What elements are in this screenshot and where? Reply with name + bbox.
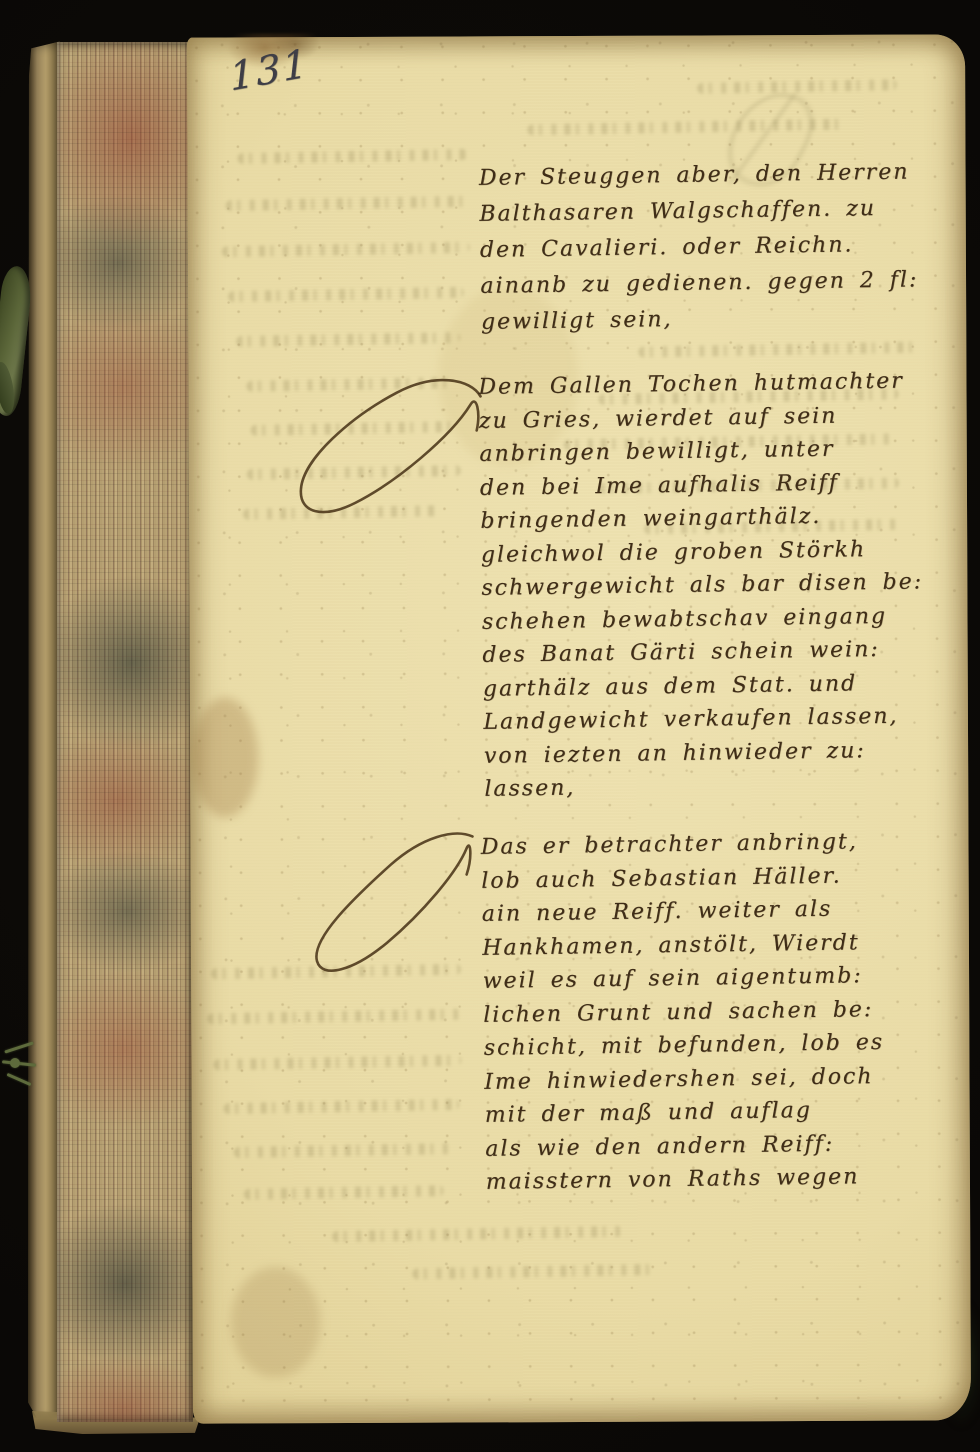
paper-stain xyxy=(230,1267,320,1377)
manuscript-line: mit der maß und auflag xyxy=(485,1092,955,1132)
manuscript-photo: 131 Der Steuggen aber, den HerrenBalthas… xyxy=(0,0,980,1452)
show-through-text xyxy=(207,1009,461,1025)
manuscript-line: anbringen bewilligt, unter xyxy=(479,431,949,471)
show-through-text xyxy=(247,465,461,480)
book-cover-edge xyxy=(28,40,60,1430)
paragraph-2: Dem Gallen Tochen hutmachterzu Gries, wi… xyxy=(478,364,954,806)
manuscript-line: garthälz aus dem Stat. und xyxy=(483,665,953,705)
manuscript-line: Das er betrachter anbringt, xyxy=(481,824,951,864)
show-through-text xyxy=(598,389,898,405)
manuscript-line: Der Steuggen aber, den Herren xyxy=(479,154,949,197)
initial-flourish xyxy=(294,822,485,983)
manuscript-line: von iezten an hinwieder zu: xyxy=(484,732,954,772)
show-through-text xyxy=(412,1264,652,1279)
manuscript-line: lassen, xyxy=(484,766,954,806)
show-through-text xyxy=(224,1099,460,1114)
show-through-text xyxy=(228,287,464,302)
manuscript-line: bringenden weingarthälz. xyxy=(480,498,950,538)
show-through-text xyxy=(644,519,899,535)
show-through-text xyxy=(527,119,847,136)
show-through-text xyxy=(234,1143,452,1158)
manuscript-line: ain neue Reiff. weiter als xyxy=(482,891,952,931)
show-through-text xyxy=(564,433,894,450)
show-through-text xyxy=(638,342,918,358)
show-through-text xyxy=(236,332,460,347)
paper-highlight xyxy=(438,286,579,467)
book-tie-ribbon xyxy=(0,265,34,417)
paper-stain xyxy=(192,697,259,817)
manuscript-line: Landgewicht verkaufen lassen, xyxy=(483,699,953,739)
manuscript-line: Balthasaren Walgschaffen. zu xyxy=(479,190,949,233)
tie-thread xyxy=(7,1073,32,1086)
show-through-text xyxy=(222,242,470,258)
manuscript-line: lob auch Sebastian Häller. xyxy=(481,857,951,897)
manuscript-line: zu Gries, wierdet auf sein xyxy=(479,397,949,437)
manuscript-page: 131 Der Steuggen aber, den HerrenBalthas… xyxy=(187,34,971,1423)
manuscript-line: den bei Ime aufhalis Reiff xyxy=(480,464,950,504)
manuscript-line: Ime hinwiedershen sei, doch xyxy=(484,1058,954,1098)
manuscript-line: des Banat Gärti schein wein: xyxy=(482,632,952,672)
manuscript-line: lichen Grunt und sachen be: xyxy=(483,991,953,1031)
manuscript-line: ainanb zu gedienen. gegen 2 fl: xyxy=(480,262,950,305)
show-through-text xyxy=(246,377,452,392)
show-through-text xyxy=(697,79,897,94)
folio-number: 131 xyxy=(228,44,310,97)
show-through-text xyxy=(332,1226,622,1242)
manuscript-line: maisstern von Raths wegen xyxy=(485,1159,955,1199)
show-through-text xyxy=(211,964,461,980)
paragraph-1: Der Steuggen aber, den HerrenBalthasaren… xyxy=(479,154,952,341)
manuscript-line: weil es auf sein aigentumb: xyxy=(483,958,953,998)
manuscript-line: schwergewicht als bar disen be: xyxy=(481,565,951,605)
initial-flourish xyxy=(284,366,495,537)
tie-knot xyxy=(10,1058,20,1068)
show-through-text xyxy=(237,149,467,164)
manuscript-line: gewilligt sein, xyxy=(481,298,951,341)
manuscript-line: als wie den andern Reiff: xyxy=(485,1125,955,1165)
show-through-initial xyxy=(710,87,828,192)
show-through-text xyxy=(243,505,439,520)
book-tie-frayed xyxy=(0,1038,40,1110)
top-edge-damage xyxy=(223,33,333,81)
tie-thread xyxy=(4,1041,33,1053)
show-through-text xyxy=(599,478,899,494)
show-through-text xyxy=(251,421,459,436)
manuscript-line: den Cavalieri. oder Reichn. xyxy=(480,226,950,269)
show-through-text xyxy=(244,1185,444,1200)
page-edge-stack xyxy=(57,42,193,1422)
manuscript-line: Hankhamen, anstölt, Wierdt xyxy=(482,924,952,964)
paragraph-3: Das er betrachter anbringt,lob auch Seba… xyxy=(481,824,956,1199)
manuscript-line: schehen bewabtschav eingang xyxy=(482,598,952,638)
manuscript-line: Dem Gallen Tochen hutmachter xyxy=(478,364,948,404)
manuscript-line: gleichwol die groben Störkh xyxy=(481,531,951,571)
show-through-text xyxy=(226,196,468,211)
manuscript-line: schicht, mit befunden, lob es xyxy=(484,1025,954,1065)
show-through-text xyxy=(213,1055,461,1071)
